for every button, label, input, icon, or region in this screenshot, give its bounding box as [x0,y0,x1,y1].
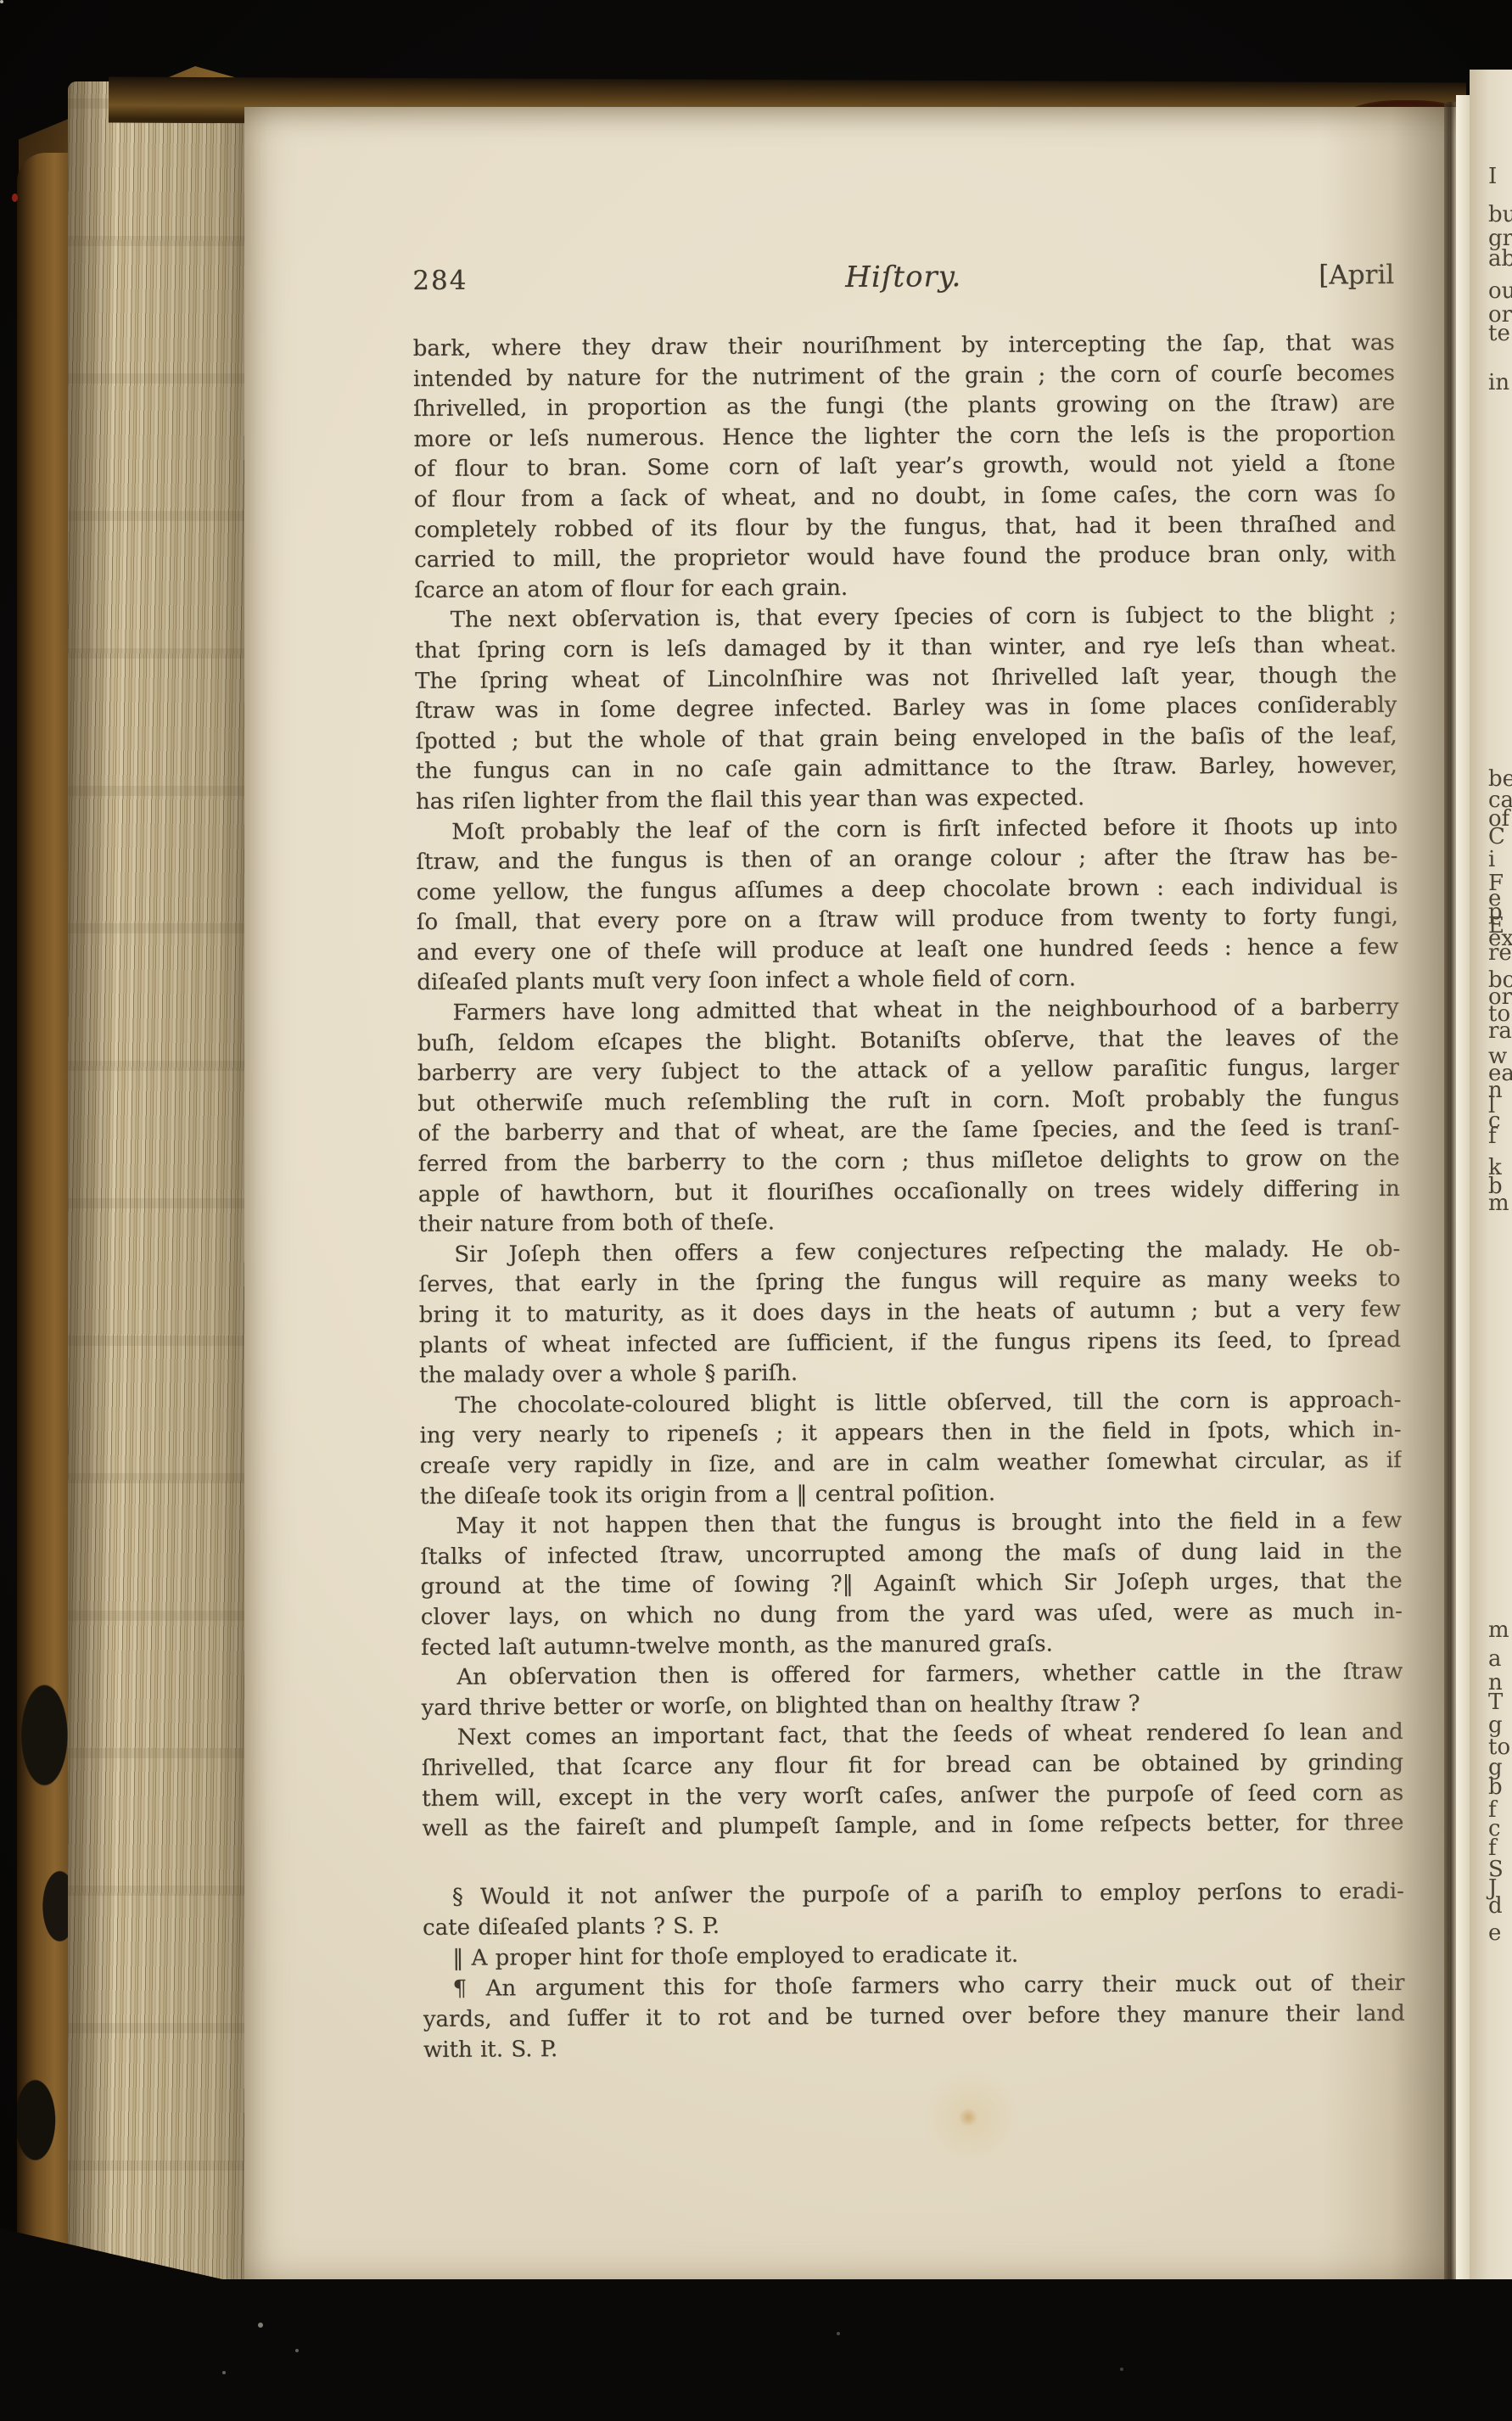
body-text: bark, where they draw their nouriſhment … [413,328,1405,2065]
red-speck [12,193,18,202]
paragraph: The chocolate-coloured blight is little … [419,1386,1402,1512]
facing-page-text-fragment: I [1488,165,1497,188]
main-paragraphs: bark, where they draw their nouriſhment … [413,328,1404,1845]
page-header: 284 Hiſtory. [April [412,257,1394,297]
paragraph: The next obſervation is, that every ſpec… [415,600,1398,817]
paragraph: bark, where they draw their nouriſhment … [413,328,1397,606]
text-line: yards, and ſuffer it to rot and be turne… [423,1998,1405,2035]
book-photograph: 284 Hiſtory. [April bark, where they dra… [0,0,1512,2421]
facing-page-text-fragment: f [1488,1125,1497,1147]
paragraph: An obſervation then is offered for farme… [421,1657,1403,1723]
text-line: with it. S. P. [423,2029,1405,2065]
facing-page-text-fragment: ou [1488,280,1512,302]
facing-page-text-fragment: g [1488,1714,1503,1736]
paragraph: ¶ An argument this for thoſe farmers who… [423,1968,1405,2065]
text-line: apple of hawthorn, but it flouriſhes occ… [418,1174,1400,1211]
dust-speckles [0,0,3,3]
text-line: the fungus can in no caſe gain admittanc… [416,751,1397,787]
text-line: An obſervation then is offered for farme… [421,1657,1403,1694]
page-text: 284 Hiſtory. [April bark, where they dra… [412,101,1407,2283]
gutter-crease [1444,102,1456,2283]
page-number: 284 [412,266,468,296]
text-line: carried to mill, the proprietor would ha… [414,540,1396,576]
facing-page-text-fragment: T [1488,1691,1503,1713]
text-line: creaſe very rapidly in ſize, and are in … [420,1446,1402,1482]
facing-page-text-fragment: m [1488,1619,1509,1641]
paragraph: Next comes an important fact, that the ſ… [422,1718,1404,1844]
paragraph: Farmers have long admitted that wheat in… [417,993,1400,1241]
facing-page-text-fragment: e [1488,1922,1501,1944]
text-line: plants of wheat infected are ſufficient,… [419,1325,1401,1361]
running-title: Hiſtory. [845,260,961,294]
text-line: well as the faireſt and plumpeſt ſample,… [422,1808,1403,1845]
facing-page-text-fragment: C [1488,826,1505,848]
page-edges-stack [68,81,248,2298]
footnotes: § Would it not anſwer the purpoſe of a p… [423,1876,1405,2065]
facing-page-text-fragment: d [1488,1895,1503,1917]
gutter-ridge-highlight [1456,95,1470,2281]
facing-page-text-fragment: i [1488,849,1495,871]
paragraph: Moſt probably the leaf of the corn is fi… [416,811,1398,999]
text-line: § Would it not anſwer the purpoſe of a p… [423,1876,1404,1913]
paragraph: May it not happen then that the fungus i… [420,1506,1403,1663]
facing-page-text-fragment: ra [1488,1020,1512,1042]
facing-page-text-fragment: bu [1488,204,1512,226]
facing-page-text-fragment: te [1488,322,1510,345]
facing-page-sliver: IbugrabouorteinbecaofCiFepEexreboortoraw… [1470,70,1512,2281]
paragraph: Sir Joſeph then offers a few conjectures… [418,1235,1401,1392]
facing-page-text-fragment: in [1488,372,1509,394]
paragraph: § Would it not anſwer the purpoſe of a p… [423,1876,1404,1943]
facing-page-text-fragment: re [1488,942,1512,964]
background-bottom [0,2279,1512,2421]
facing-page-text-fragment: ab [1488,248,1512,270]
text-line: clover lays, on which no dung from the y… [421,1597,1403,1634]
facing-page-text-fragment: m [1488,1192,1509,1214]
facing-page-text-fragment: b [1488,1776,1503,1798]
facing-page-text-fragment: a [1488,1648,1502,1670]
gutter-shadow [1320,107,1449,2283]
